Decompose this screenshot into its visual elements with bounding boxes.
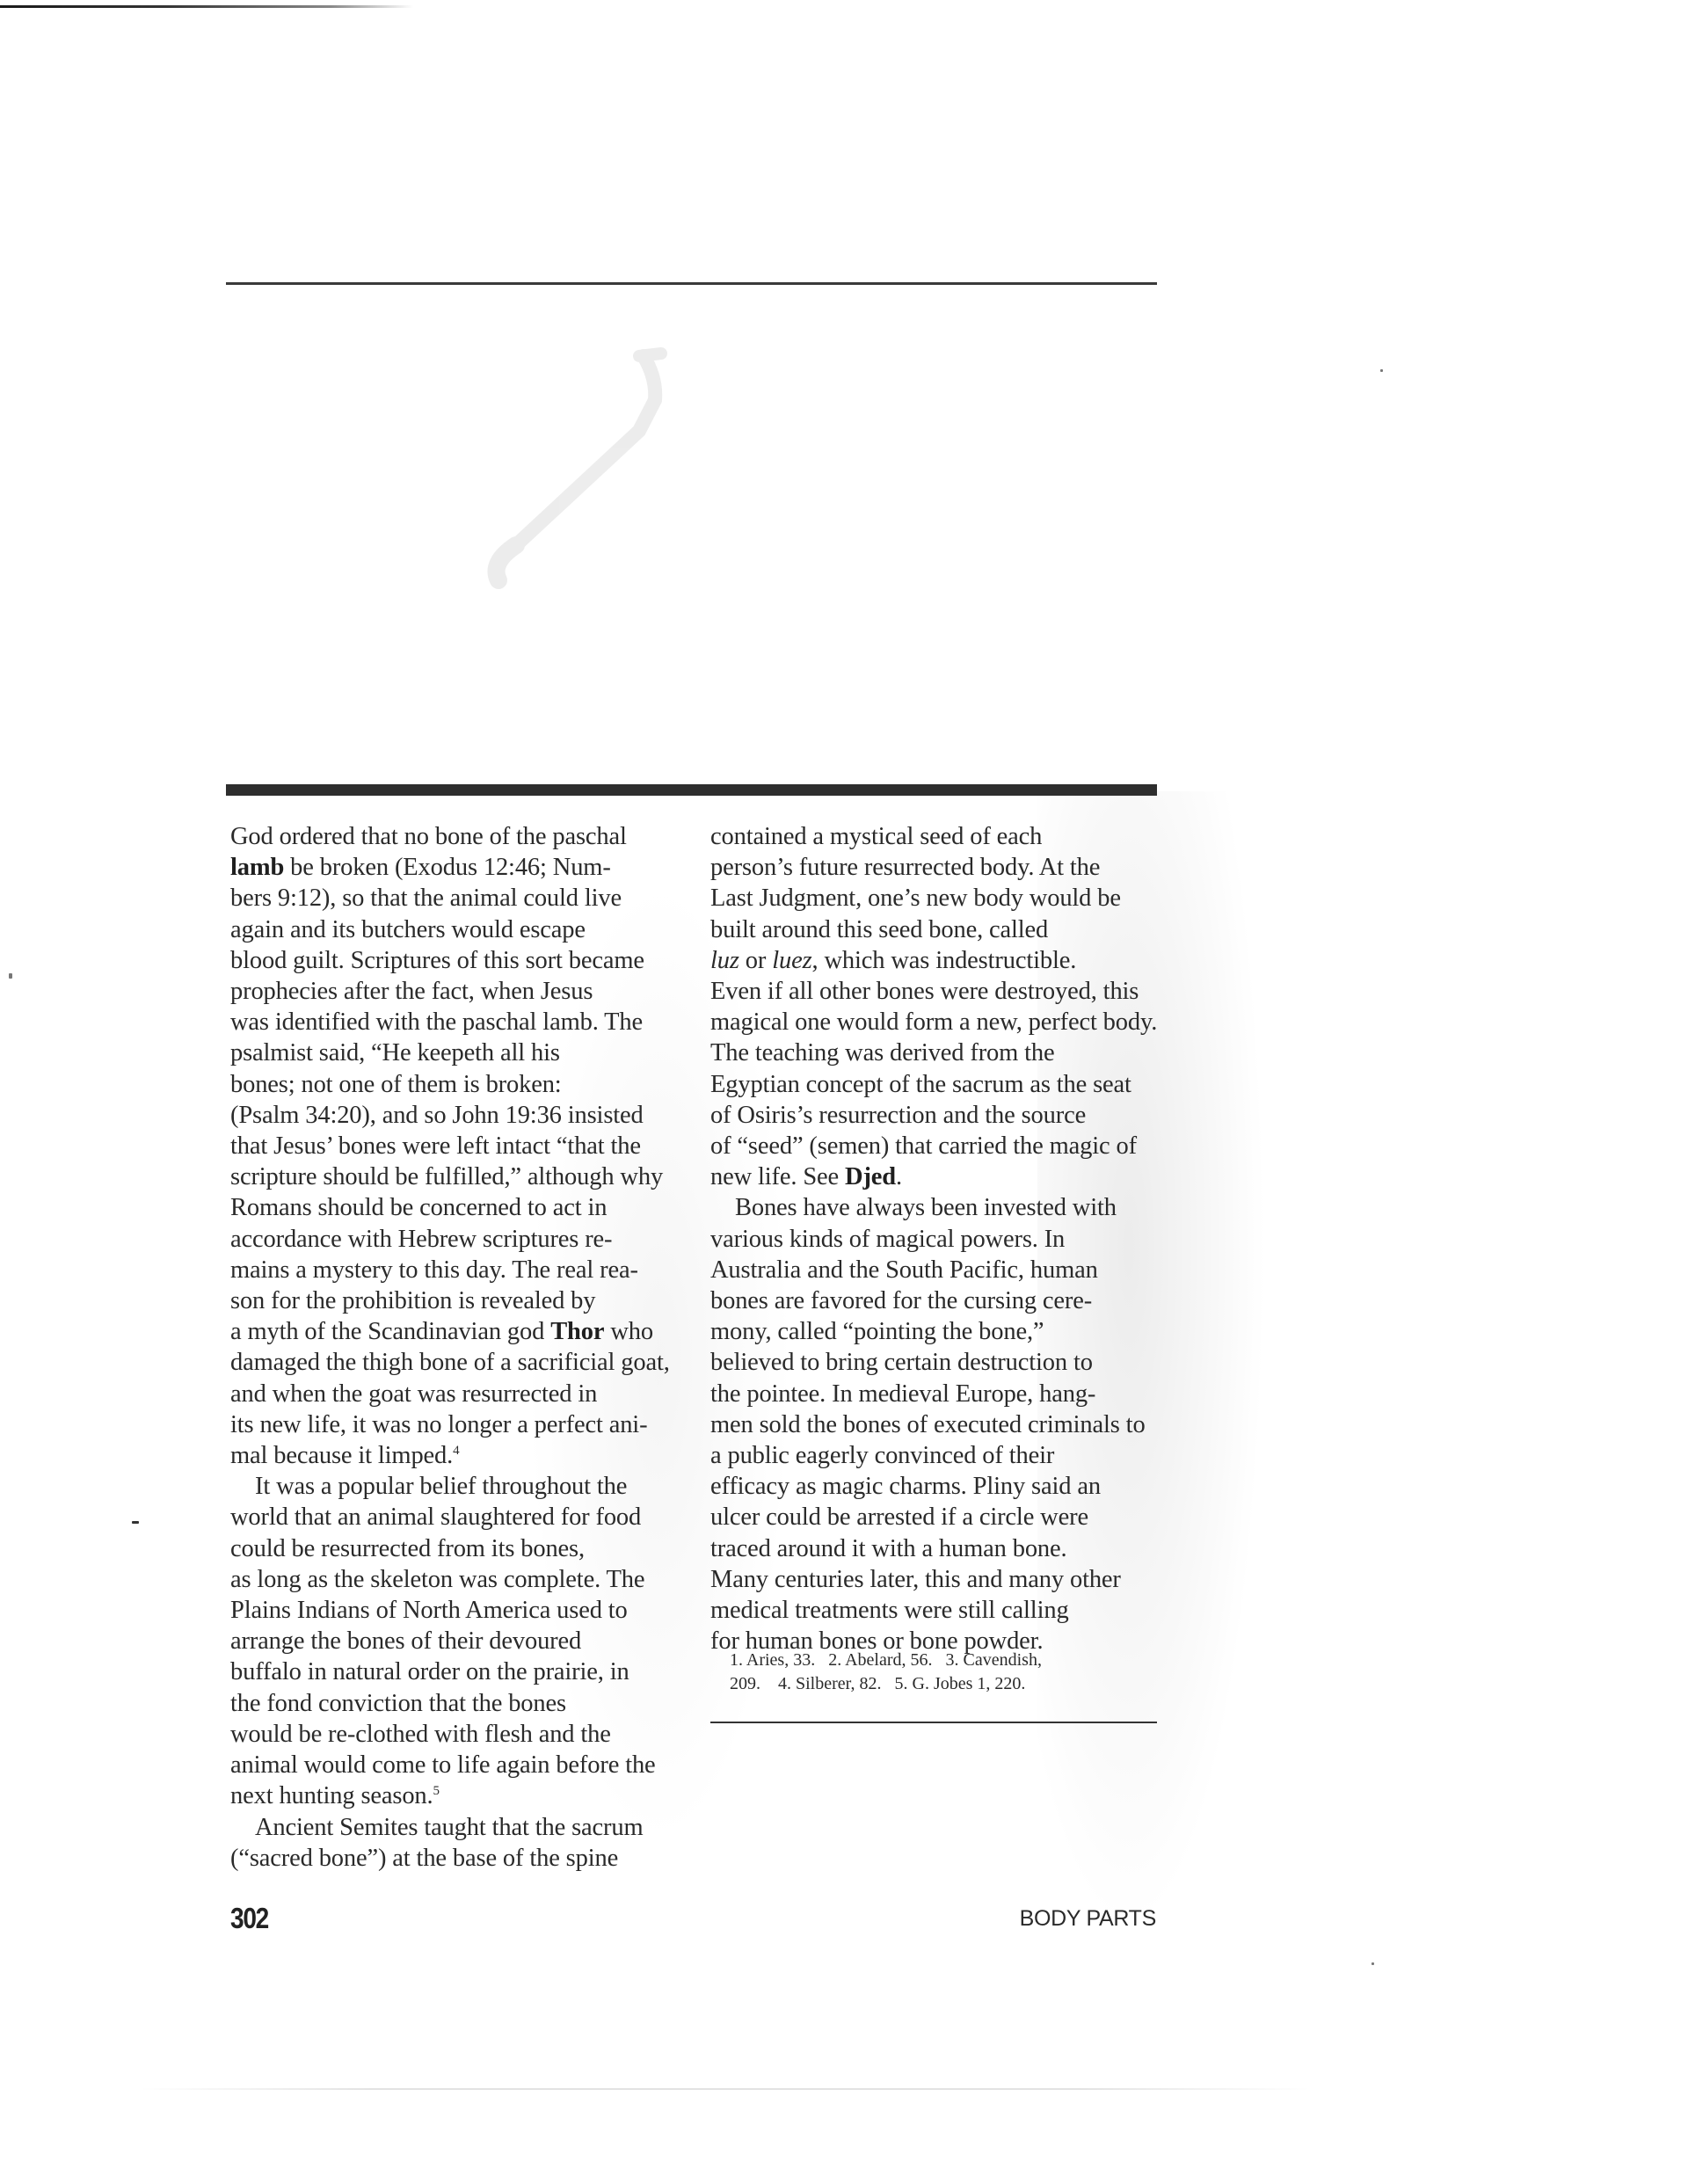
scan-speck <box>1380 369 1383 372</box>
text-line: Egyptian concept of the sacrum as the se… <box>710 1069 1163 1100</box>
right-text-column: contained a mystical seed of each person… <box>710 821 1163 1656</box>
bone-icon <box>226 290 1157 783</box>
text-line: Plains Indians of North America used to <box>230 1595 684 1626</box>
text-line: bones are favored for the cursing cere- <box>710 1285 1163 1316</box>
text-line: son for the prohibition is revealed by <box>230 1285 684 1316</box>
scan-speck <box>132 1521 139 1524</box>
text-line: of Osiris’s resurrection and the source <box>710 1100 1163 1131</box>
figure-area <box>226 290 1157 783</box>
term-luez: luez <box>772 947 811 974</box>
text-line: Last Judgment, one’s new body would be <box>710 883 1163 914</box>
text-line: scripture should be fulfilled,” although… <box>230 1161 684 1192</box>
cross-reference-lamb[interactable]: lamb <box>230 854 284 881</box>
text-line: Many centuries later, this and many othe… <box>710 1564 1163 1595</box>
text-line: new life. See Djed. <box>710 1161 1163 1192</box>
text-line: a public eagerly convinced of their <box>710 1440 1163 1471</box>
text-line: animal would come to life again before t… <box>230 1750 684 1780</box>
text-line: bones; not one of them is broken: <box>230 1069 684 1100</box>
text-line: that Jesus’ bones were left intact “that… <box>230 1131 684 1161</box>
footnote-ref: 5 <box>433 1784 440 1798</box>
text-line: and when the goat was resurrected in <box>230 1379 684 1409</box>
text-line: medical treatments were still calling <box>710 1595 1163 1626</box>
scan-speck <box>9 973 12 979</box>
text-line: Bones have always been invested with <box>710 1192 1163 1223</box>
text-line: prophecies after the fact, when Jesus <box>230 976 684 1007</box>
text-line: bers 9:12), so that the animal could liv… <box>230 883 684 914</box>
text-line: would be re-clothed with flesh and the <box>230 1719 684 1750</box>
top-rule <box>226 282 1157 285</box>
text-line: ulcer could be arrested if a circle were <box>710 1502 1163 1532</box>
text-line: lamb be broken (Exodus 12:46; Num- <box>230 852 684 883</box>
text-line: men sold the bones of executed criminals… <box>710 1409 1163 1440</box>
text-line: mony, called “pointing the bone,” <box>710 1316 1163 1347</box>
scan-edge-line <box>0 5 413 8</box>
text-line: luz or luez, which was indestructible. <box>710 945 1163 976</box>
text-line: damaged the thigh bone of a sacrificial … <box>230 1347 684 1378</box>
text-line: as long as the skeleton was complete. Th… <box>230 1564 684 1595</box>
text-line: various kinds of magical powers. In <box>710 1224 1163 1255</box>
cross-reference-thor[interactable]: Thor <box>550 1318 604 1345</box>
text-line: again and its butchers would escape <box>230 914 684 945</box>
text-line: accordance with Hebrew scriptures re- <box>230 1224 684 1255</box>
text-line: God ordered that no bone of the paschal <box>230 821 684 852</box>
footnote-line: 1. Aries, 33. 2. Abelard, 56. 3. Cavendi… <box>730 1649 1152 1672</box>
footnote-line: 209. 4. Silberer, 82. 5. G. Jobes 1, 220… <box>730 1672 1152 1696</box>
text-line: Romans should be concerned to act in <box>230 1192 684 1223</box>
text-line: Even if all other bones were destroyed, … <box>710 976 1163 1007</box>
text-line: person’s future resurrected body. At the <box>710 852 1163 883</box>
text-line: blood guilt. Scriptures of this sort bec… <box>230 945 684 976</box>
text-line: of “seed” (semen) that carried the magic… <box>710 1131 1163 1161</box>
scan-edge-line <box>141 2088 1310 2090</box>
section-rule <box>226 784 1157 796</box>
text-line: It was a popular belief throughout the <box>230 1471 684 1502</box>
text-line: a myth of the Scandinavian god Thor who <box>230 1316 684 1347</box>
text-line: (Psalm 34:20), and so John 19:36 insiste… <box>230 1100 684 1131</box>
running-head: BODY PARTS <box>1020 1906 1156 1932</box>
text-line: Ancient Semites taught that the sacrum <box>230 1812 684 1843</box>
text-line: (“sacred bone”) at the base of the spine <box>230 1843 684 1874</box>
text-line: next hunting season.5 <box>230 1780 684 1811</box>
page-number: 302 <box>230 1902 268 1935</box>
footnotes-rule <box>710 1722 1157 1723</box>
text-line: The teaching was derived from the <box>710 1037 1163 1068</box>
text-line: contained a mystical seed of each <box>710 821 1163 852</box>
text-line: its new life, it was no longer a perfect… <box>230 1409 684 1440</box>
term-luz: luz <box>710 947 739 974</box>
text-line: magical one would form a new, perfect bo… <box>710 1007 1163 1037</box>
text-line: arrange the bones of their devoured <box>230 1626 684 1656</box>
footnote-ref: 4 <box>453 1444 459 1458</box>
text-line: mains a mystery to this day. The real re… <box>230 1255 684 1285</box>
text-line: built around this seed bone, called <box>710 914 1163 945</box>
text-line: was identified with the paschal lamb. Th… <box>230 1007 684 1037</box>
text-line: efficacy as magic charms. Pliny said an <box>710 1471 1163 1502</box>
text-line: could be resurrected from its bones, <box>230 1533 684 1564</box>
text-line: the pointee. In medieval Europe, hang- <box>710 1379 1163 1409</box>
left-text-column: God ordered that no bone of the paschal … <box>230 821 684 1874</box>
text-line: world that an animal slaughtered for foo… <box>230 1502 684 1532</box>
footnotes: 1. Aries, 33. 2. Abelard, 56. 3. Cavendi… <box>730 1649 1152 1696</box>
text-line: Australia and the South Pacific, human <box>710 1255 1163 1285</box>
text-line: buffalo in natural order on the prairie,… <box>230 1656 684 1687</box>
text-line: traced around it with a human bone. <box>710 1533 1163 1564</box>
text-line: the fond conviction that the bones <box>230 1688 684 1719</box>
text-line: psalmist said, “He keepeth all his <box>230 1037 684 1068</box>
scan-speck <box>1371 1962 1374 1965</box>
text-line: mal because it limped.4 <box>230 1440 684 1471</box>
cross-reference-djed[interactable]: Djed <box>845 1163 896 1190</box>
text-line: believed to bring certain destruction to <box>710 1347 1163 1378</box>
